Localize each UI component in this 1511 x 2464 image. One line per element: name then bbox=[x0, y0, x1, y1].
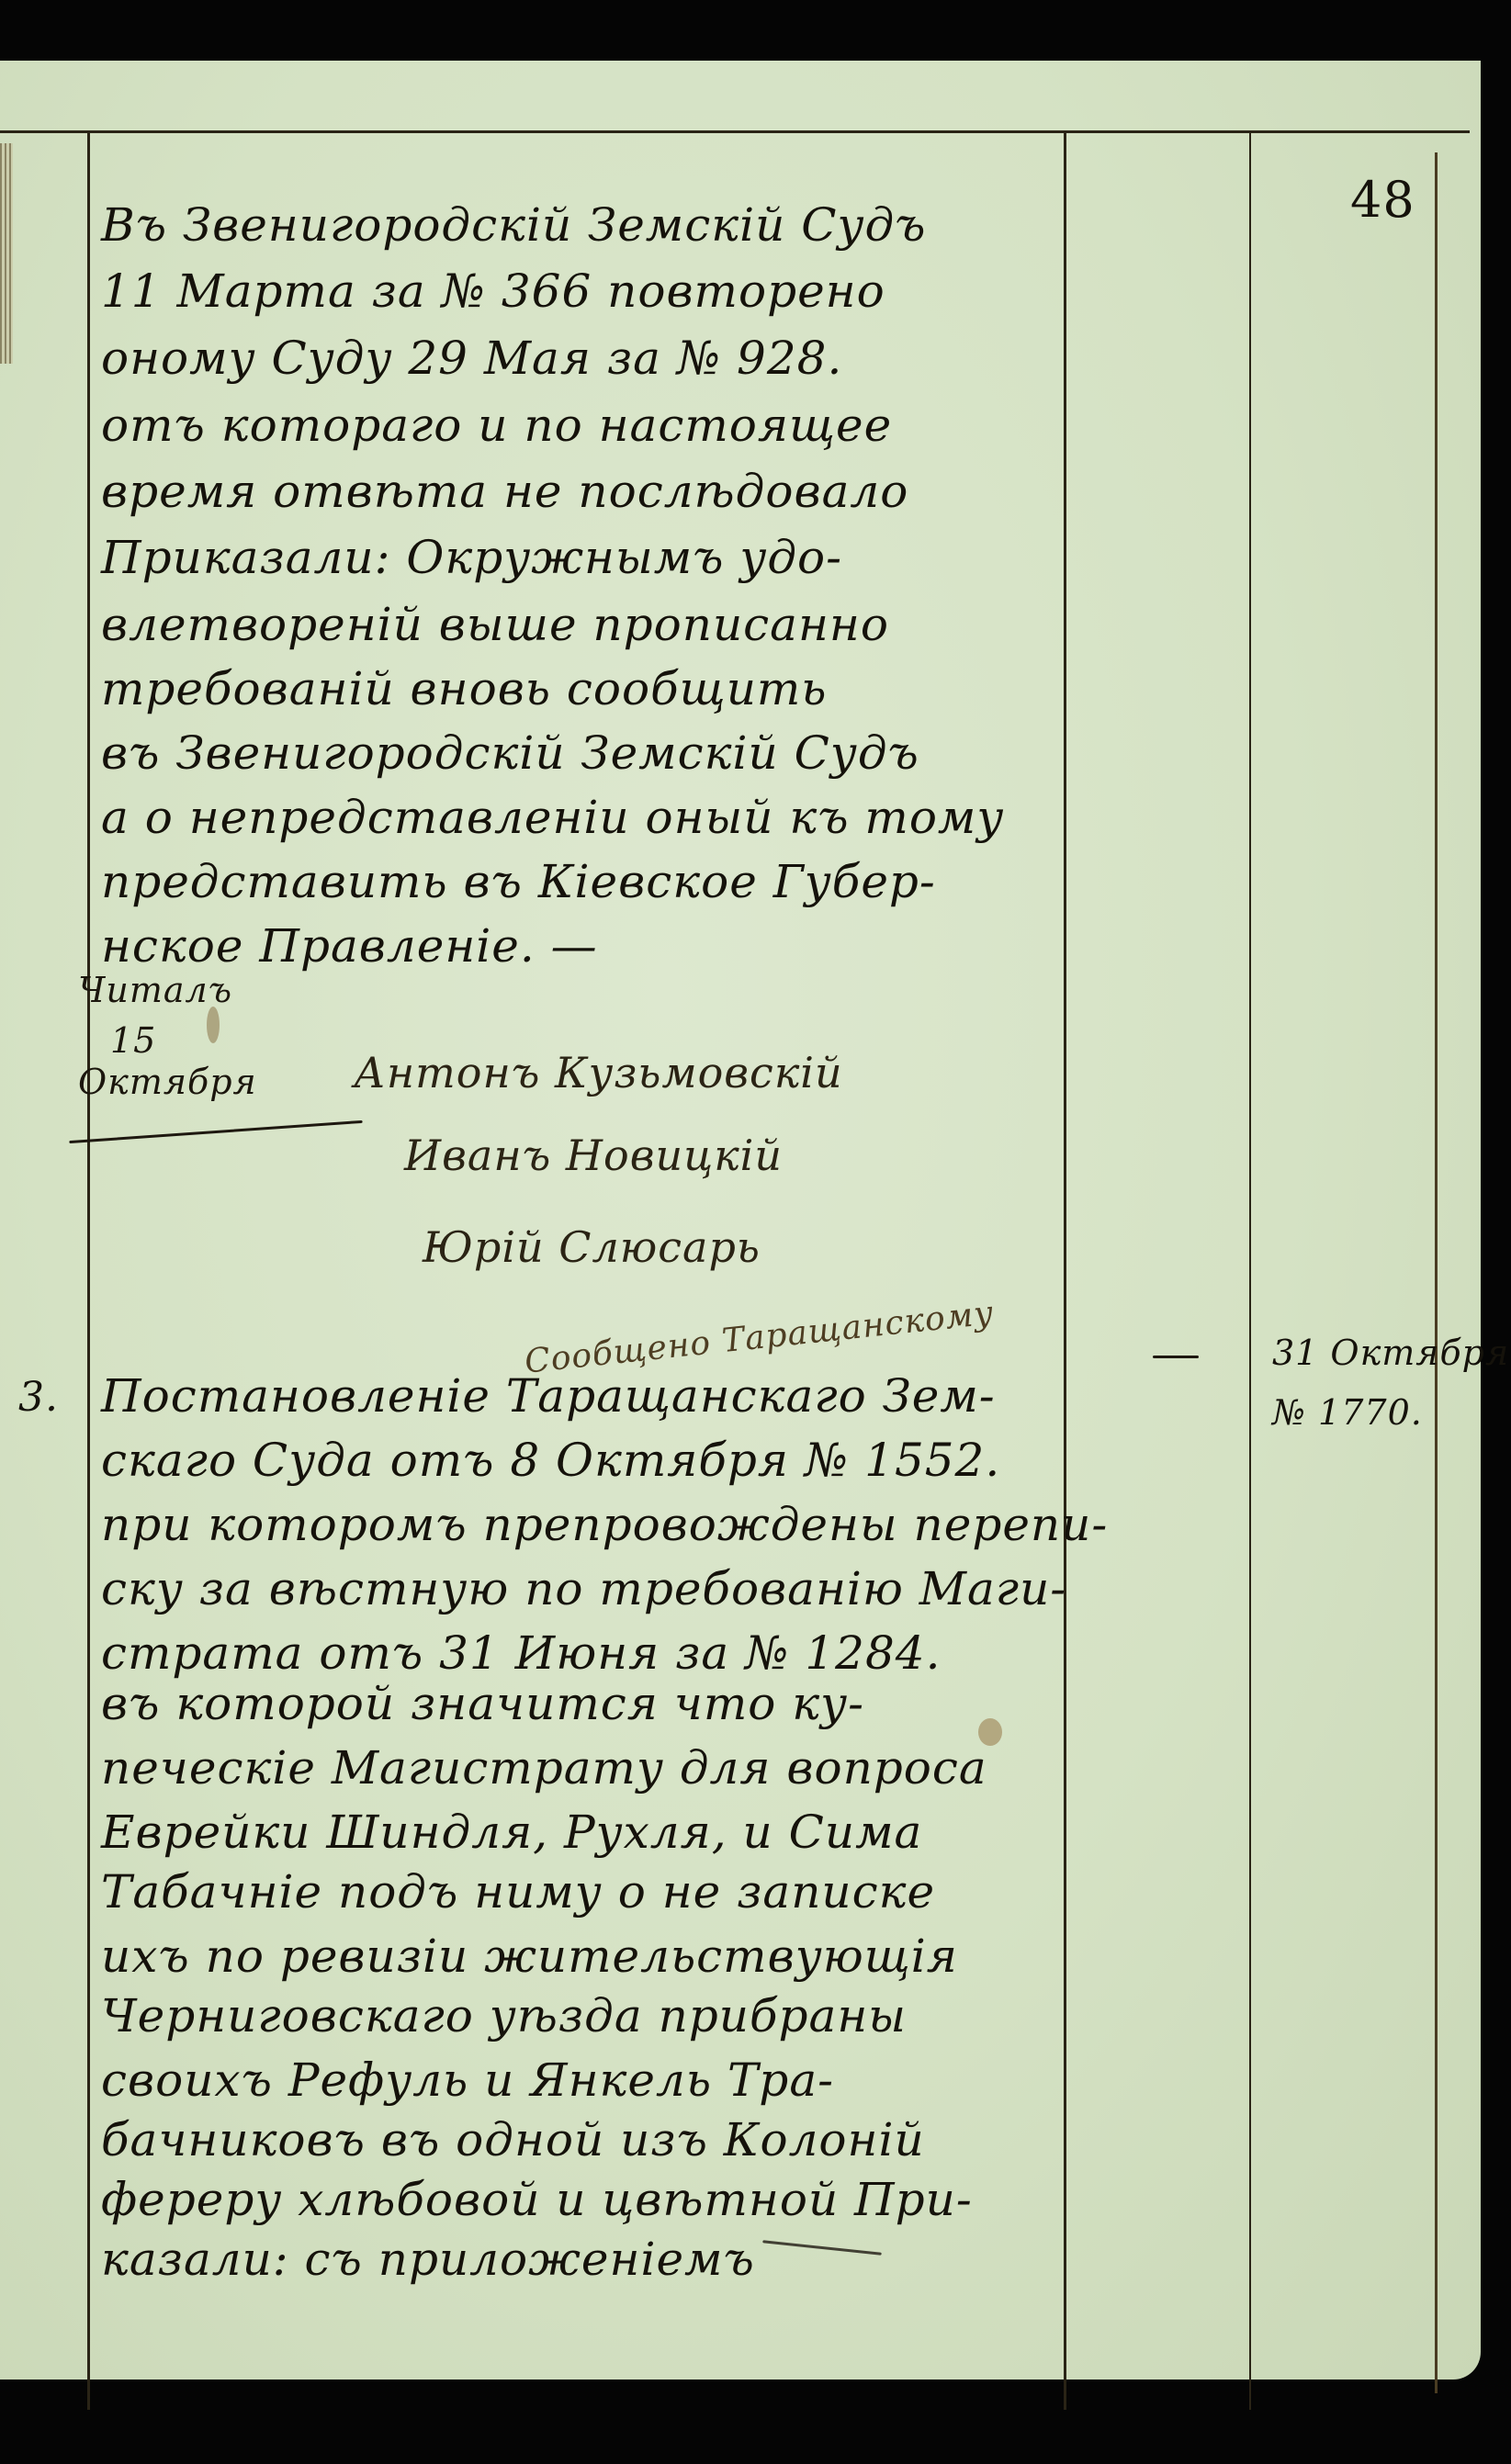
text-line: ихъ по ревизіи жительствующія bbox=[101, 1930, 958, 1983]
margin-reference-number: № 1770. bbox=[1272, 1392, 1423, 1433]
entry-number: 3. bbox=[18, 1374, 59, 1421]
text-line: время отвѣта не послѣдовало bbox=[101, 465, 908, 518]
text-line: 11 Марта за № 366 повторено bbox=[101, 264, 885, 318]
text-line: а о непредставленіи оный къ тому bbox=[101, 791, 1004, 844]
text-line: при которомъ препровождены перепи- bbox=[101, 1498, 1108, 1551]
signature: Юрій Слюсарь bbox=[423, 1222, 761, 1272]
text-line: Въ Звенигородскій Земскій Судъ bbox=[101, 198, 926, 252]
ruled-column-left bbox=[87, 132, 90, 2410]
document-page: 48 Въ Звенигородскій Земскій Судъ 11 Мар… bbox=[0, 61, 1481, 2380]
text-line: бачниковъ въ одной изъ Колоній bbox=[101, 2113, 925, 2166]
text-line: своихъ Рефуль и Янкель Тра- bbox=[101, 2053, 834, 2107]
closing-flourish bbox=[762, 2240, 882, 2256]
binding-threads bbox=[0, 143, 13, 364]
resolution-label: Читалъ bbox=[78, 970, 232, 1010]
text-line: нское Правленіе. — bbox=[101, 919, 598, 973]
text-line: ску за вѣстную по требованію Маги- bbox=[101, 1562, 1066, 1615]
ink-stain bbox=[207, 1007, 220, 1043]
text-line: Приказали: Окружнымъ удо- bbox=[101, 531, 842, 584]
text-line: въ которой значится что ку- bbox=[101, 1677, 864, 1730]
text-line: представить въ Кіевское Губер- bbox=[101, 855, 936, 908]
ink-stain bbox=[978, 1718, 1002, 1746]
margin-reference-date: 31 Октября bbox=[1272, 1333, 1509, 1373]
text-line: въ Звенигородскій Земскій Судъ bbox=[101, 726, 919, 780]
ruled-column-middle bbox=[1064, 132, 1066, 2410]
text-line: влетвореній выше прописанно bbox=[101, 598, 889, 651]
resolution-month: Октября bbox=[78, 1062, 257, 1102]
text-line: Еврейки Шиндля, Рухля, и Сима bbox=[101, 1806, 922, 1859]
text-line: казали: съ приложеніемъ bbox=[101, 2233, 755, 2286]
ruled-column-right bbox=[1249, 132, 1251, 2410]
signature: Антонъ Кузьмовскій bbox=[354, 1048, 843, 1097]
text-line: фереру хлѣбовой и цвѣтной При- bbox=[101, 2173, 973, 2226]
text-line: печескіе Магистрату для вопроса bbox=[101, 1741, 987, 1795]
text-line: требованій вновь сообщить bbox=[101, 662, 828, 715]
page-edge-line bbox=[1435, 152, 1438, 2393]
dash-stroke bbox=[1153, 1356, 1199, 1358]
resolution-day: 15 bbox=[110, 1020, 156, 1061]
text-line: Черниговскаго уѣзда прибраны bbox=[101, 1989, 907, 2042]
text-line: Постановленіе Таращанскаго Зем- bbox=[101, 1369, 996, 1423]
annotation-above: Сообщено Таращанскому bbox=[523, 1294, 996, 1380]
text-line: отъ котораго и по настоящее bbox=[101, 399, 892, 452]
signature: Иванъ Новицкій bbox=[404, 1131, 783, 1180]
text-line: Табачніе подъ ниму о не записке bbox=[101, 1865, 935, 1918]
page-number: 48 bbox=[1350, 171, 1415, 229]
text-line: скаго Суда отъ 8 Октября № 1552. bbox=[101, 1434, 1000, 1487]
resolution-flourish bbox=[69, 1120, 362, 1143]
text-line: оному Суду 29 Мая за № 928. bbox=[101, 332, 842, 385]
text-line: страта отъ 31 Июня за № 1284. bbox=[101, 1626, 941, 1680]
